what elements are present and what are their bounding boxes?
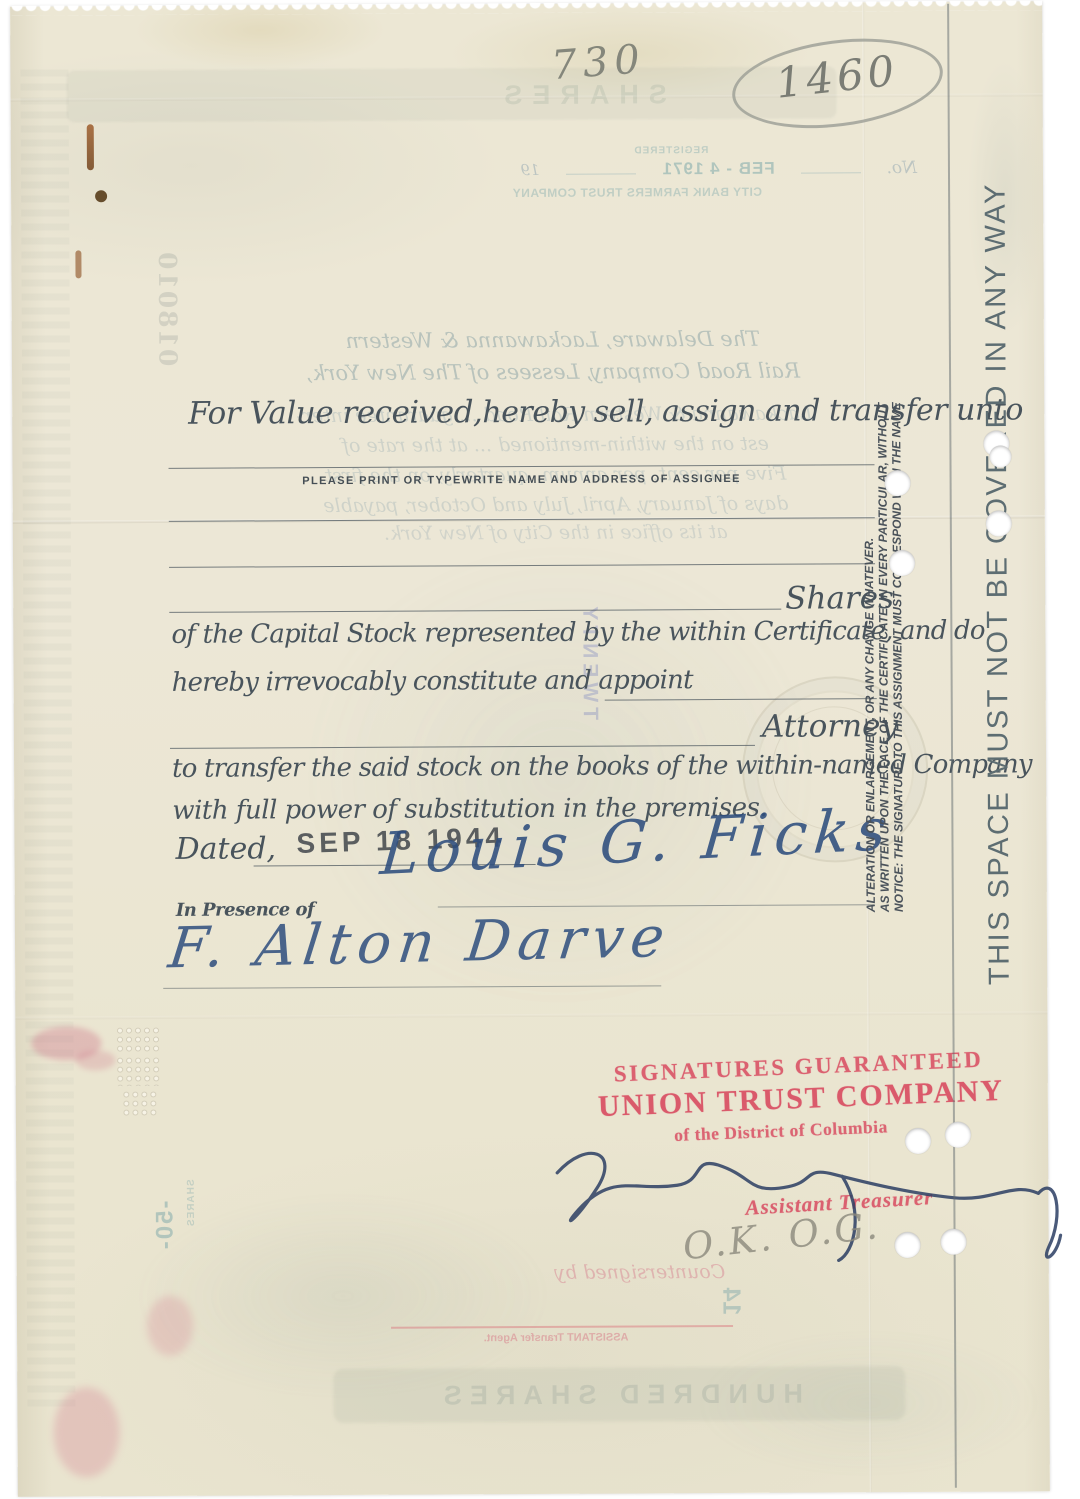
showthrough-serial: 018010 — [153, 256, 183, 366]
notice-line-3: ALTERATION OR ENLARGEMENT, OR ANY CHANGE… — [861, 392, 878, 912]
value-received-text: For Value received, — [188, 394, 482, 432]
showthrough-body-line4: days of January, April, July and October… — [299, 493, 813, 518]
punch-hole-7 — [895, 1232, 921, 1258]
notice-line-2: AS WRITTEN UPON THE FACE OF THE CERTIFIC… — [875, 392, 892, 912]
cancellation-perforation-2 — [116, 1056, 160, 1086]
showthrough-year: 19 — [520, 161, 539, 179]
showthrough-left-border-strip — [20, 66, 75, 1406]
margin-warning-text: THIS SPACE MUST NOT BE COVERED IN ANY WA… — [980, 305, 1017, 985]
pencil-number-730: 730 — [550, 36, 648, 89]
showthrough-registration-row: No. FEB - 4 1971 19 — [397, 158, 917, 181]
sell-assign-text: hereby sell, assign and transfer unto — [482, 392, 1023, 430]
constitute-text: hereby irrevocably constitute and appoin… — [172, 665, 693, 698]
cancellation-perforation-3 — [122, 1090, 158, 1116]
pink-smudge-2 — [147, 1296, 193, 1356]
punch-hole-8 — [941, 1229, 967, 1255]
punch-hole-6 — [945, 1122, 971, 1148]
dated-label: Dated, — [175, 831, 276, 867]
punch-hole-3b — [989, 445, 1011, 467]
showthrough-denomination: -50- — [151, 1180, 179, 1272]
punch-hole-2 — [889, 550, 915, 576]
showthrough-bottom-banner-text: HUNDRED SHARES — [353, 1378, 885, 1412]
showthrough-company-line1: The Delaware, Lackawanna & Western — [298, 327, 808, 354]
rust-stain-3 — [75, 250, 81, 278]
showthrough-reg-date-stamp: FEB - 4 1971 — [662, 159, 775, 180]
showthrough-no-label: No. — [887, 158, 917, 178]
showthrough-company-line2: Rail Road Company, Lessees of The New Yo… — [298, 359, 808, 386]
assignee-instruction: PLEASE PRINT OR TYPEWRITE NAME AND ADDRE… — [169, 472, 875, 488]
assignment-line-1: For Value received, hereby sell, assign … — [188, 392, 878, 432]
showthrough-transfer-company: CITY BANK FARMERS TRUST COMPANY — [477, 185, 797, 201]
showthrough-countersigned: Countersigned by — [550, 1261, 730, 1284]
rust-stain-1 — [87, 124, 94, 170]
punch-hole-5 — [905, 1128, 931, 1154]
punch-hole-4 — [986, 510, 1012, 536]
showthrough-number-14: 14 — [716, 1271, 745, 1331]
punch-hole-1 — [885, 470, 911, 496]
pink-smudge-3 — [53, 1387, 119, 1477]
showthrough-shares-small: SHARES — [186, 1168, 197, 1238]
showthrough-registered: REGISTERED — [611, 145, 731, 157]
fold-crease-lower — [15, 1011, 1047, 1019]
cancellation-perforation-1 — [115, 1026, 159, 1052]
showthrough-body-line2: est on the within-mentioned ... at the r… — [298, 433, 812, 458]
certificate-back-page: SHARES REGISTERED No. FEB - 4 1971 19 CI… — [10, 1, 1050, 1496]
pink-smudge-1b — [76, 1050, 116, 1070]
rust-stain-2 — [95, 190, 107, 202]
witness-signature: F. Alton Darve — [165, 905, 675, 982]
showthrough-transfer-agent: ASSISTANT Transfer Agent. — [391, 1331, 721, 1345]
